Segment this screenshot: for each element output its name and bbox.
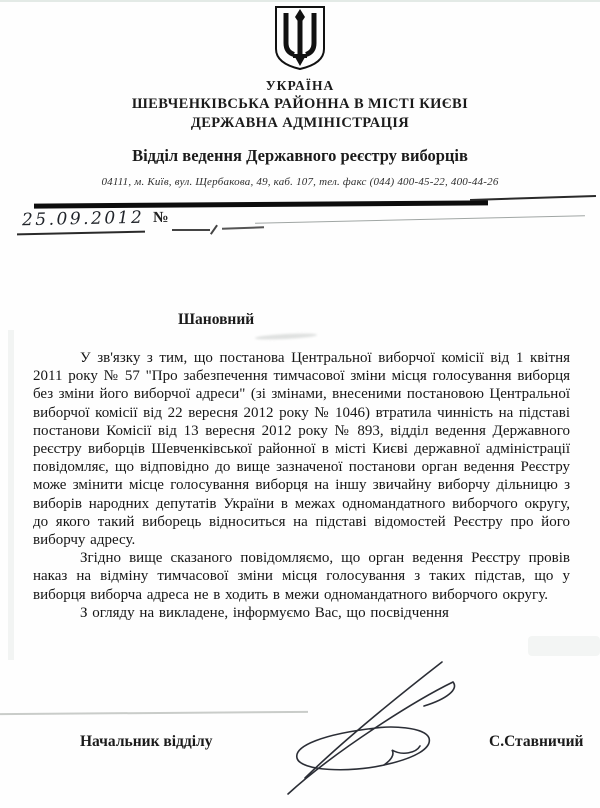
reference-line-faint-rule [255,215,585,223]
scan-artifact-top-edge [0,0,600,2]
org-name-line1: ШЕВЧЕНКІВСЬКА РАЙОННА В МІСТІ КИЄВІ [0,96,600,113]
scan-artifact-left-band [8,330,14,660]
number-blank-line [172,229,210,231]
scan-artifact-patch [528,636,600,656]
signature-icon [278,648,478,803]
signer-name: С.Ставничий [489,733,583,751]
paragraph-1: У зв'язку з тим, що постанова Центрально… [33,349,570,549]
salutation: Шановний [178,311,254,329]
ukraine-trident-shield-icon [272,5,328,76]
org-name-line2: ДЕРЖАВНА АДМІНІСТРАЦІЯ [0,115,600,132]
letterhead: УКРАЇНА ШЕВЧЕНКІВСЬКА РАЙОННА В МІСТІ КИ… [0,78,600,132]
letter-body: У зв'язку з тим, що постанова Центрально… [33,349,570,622]
letterhead-divider-rule [34,200,488,208]
handwritten-date: 25.09.2012 [22,208,145,231]
address-contact-line: 04111, м. Київ, вул. Щербакова, 49, каб.… [0,176,600,188]
date-underline [17,231,145,235]
signer-position-title: Начальник відділу [80,733,212,751]
letterhead-divider-rule-right [470,195,596,201]
department-name: Відділ ведення Державного реєстру виборц… [0,146,600,166]
document-number-sign: № [153,209,169,227]
number-blank-line-2 [222,226,264,229]
erased-name-smudge [255,332,317,340]
scanned-letter-page: УКРАЇНА ШЕВЧЕНКІВСЬКА РАЙОННА В МІСТІ КИ… [0,0,600,808]
paragraph-3: З огляду на викладене, інформуємо Вас, щ… [33,604,570,622]
country-name: УКРАЇНА [0,78,600,94]
number-tick-mark [210,225,218,235]
footer-faint-rule [0,711,308,715]
paragraph-2: Згідно вище сказаного повідомляємо, що о… [33,549,570,604]
